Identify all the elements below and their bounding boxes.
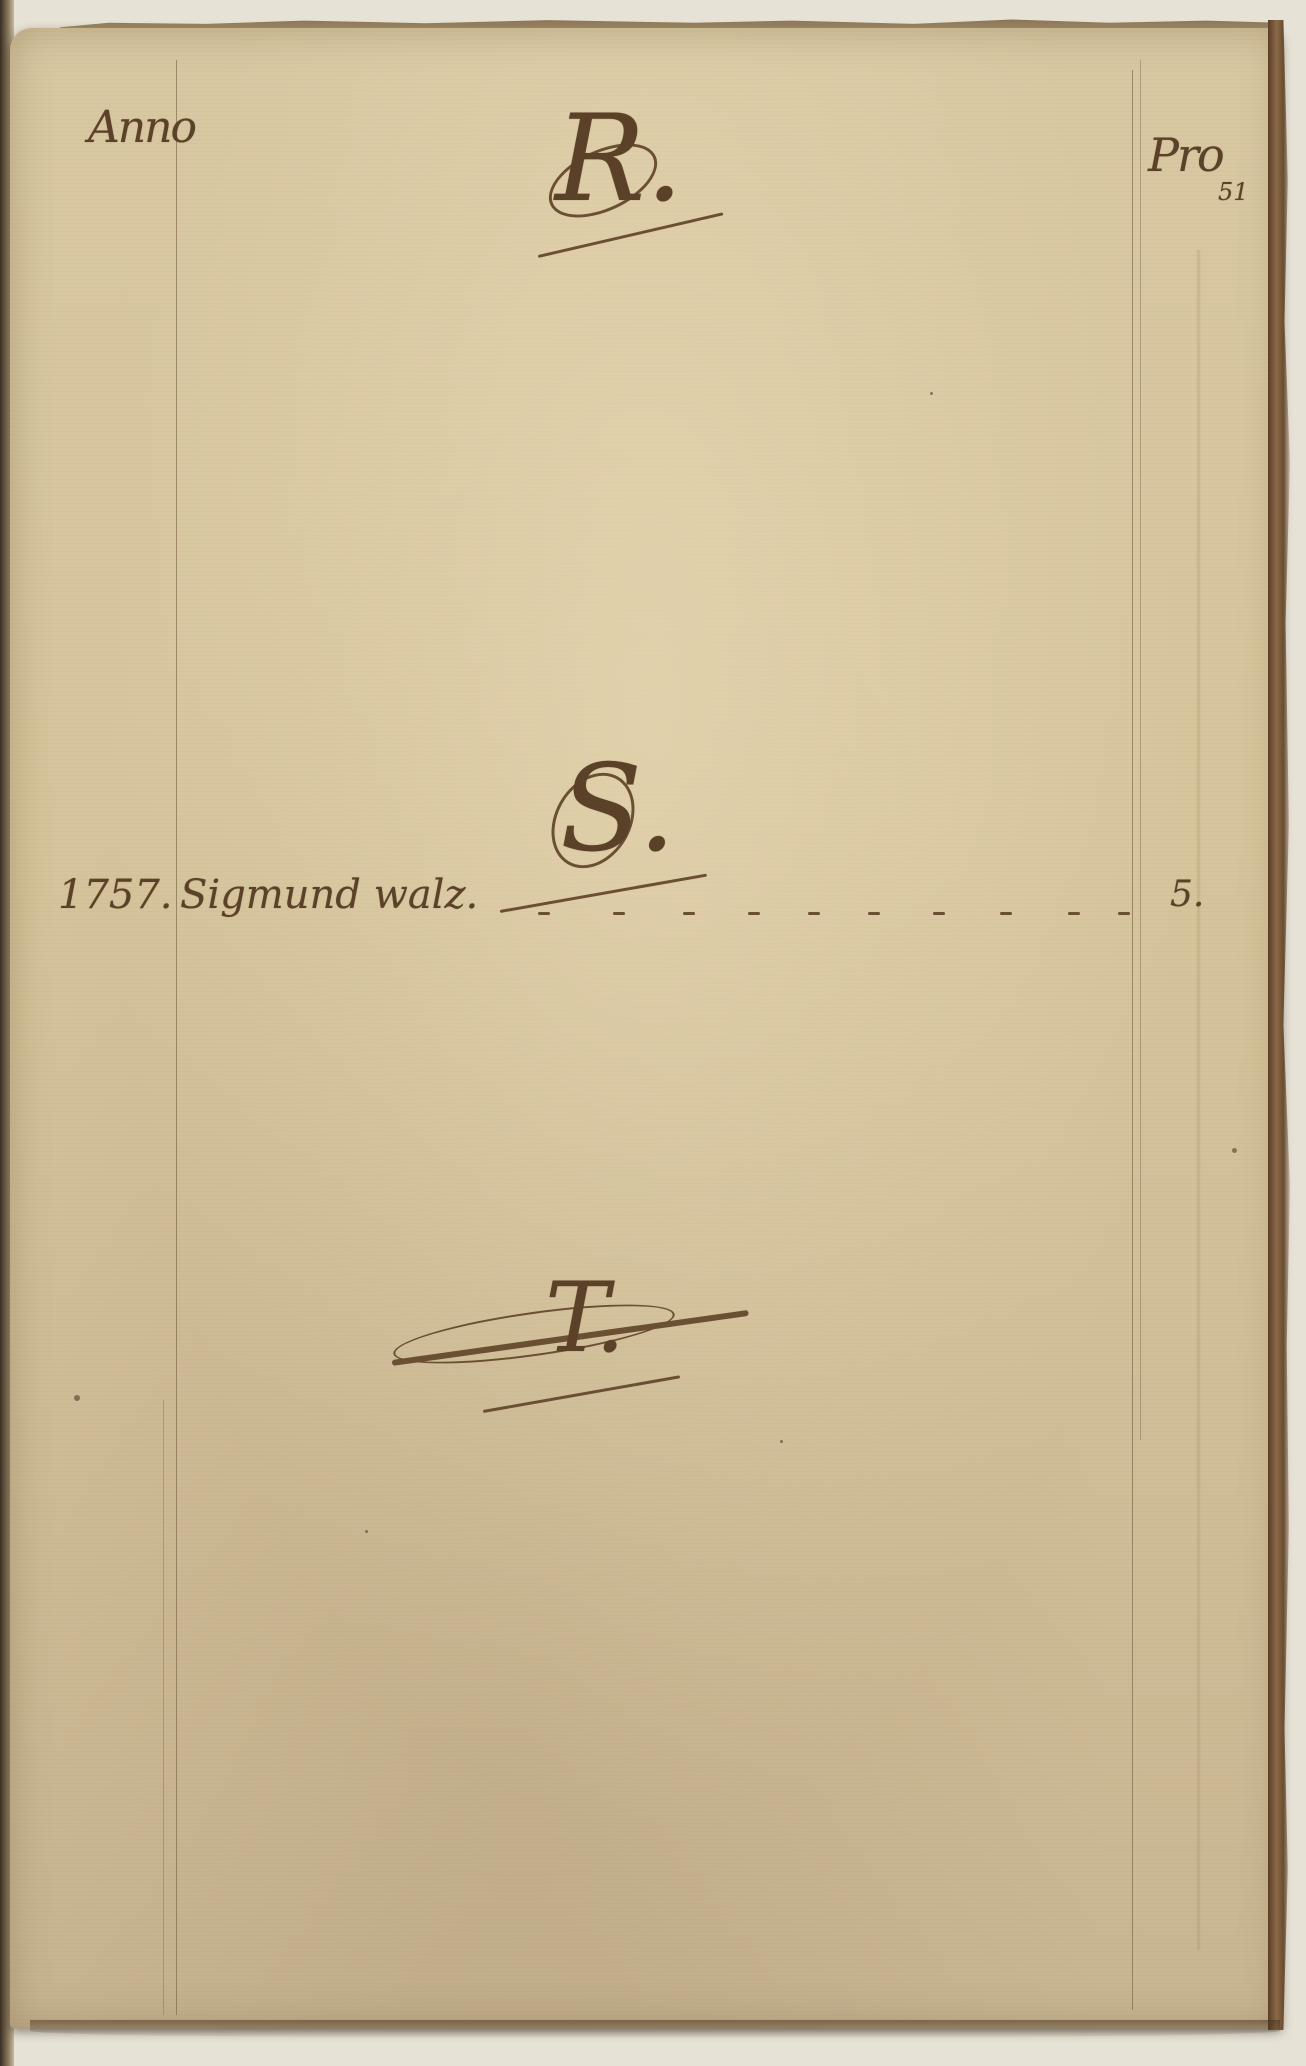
page-bottom-shadow	[30, 2020, 1280, 2038]
leader-dash	[808, 912, 820, 915]
paper-crease	[1196, 250, 1201, 1950]
paper-speck	[1232, 1148, 1237, 1153]
left-column-rule-inner	[163, 1400, 164, 2015]
leader-dash	[538, 912, 550, 915]
section-letter-r: R.	[555, 90, 684, 229]
leader-dash	[613, 912, 625, 915]
leader-dash	[1118, 912, 1130, 915]
register-entry-row: 1757. Sigmund walz. 5.	[58, 872, 1228, 932]
entry-folio-number: 5.	[1170, 874, 1204, 915]
page-folio-number: 51	[1218, 178, 1249, 206]
leader-dash	[748, 912, 760, 915]
leader-dash	[1000, 912, 1012, 915]
folio-column-heading: Pro	[1148, 128, 1223, 182]
register-page	[10, 28, 1282, 2028]
paper-speck	[930, 392, 933, 395]
paper-speck	[780, 1440, 783, 1443]
paper-speck	[74, 1395, 80, 1401]
leader-dash	[683, 912, 695, 915]
anno-column-heading: Anno	[88, 102, 195, 153]
section-letter-s: S.	[560, 740, 676, 879]
paper-speck	[365, 1530, 368, 1533]
right-column-rule-inner	[1140, 60, 1141, 1440]
right-column-rule-outer	[1132, 70, 1133, 2010]
entry-year: 1757.	[58, 872, 173, 918]
leader-dash	[1068, 912, 1080, 915]
left-column-rule	[176, 60, 177, 2015]
leader-dash	[868, 912, 880, 915]
section-letter-t: T.	[545, 1262, 625, 1374]
entry-name: Sigmund walz.	[180, 872, 478, 918]
leader-dash	[933, 912, 945, 915]
page-right-damaged-edge	[1268, 20, 1290, 2030]
